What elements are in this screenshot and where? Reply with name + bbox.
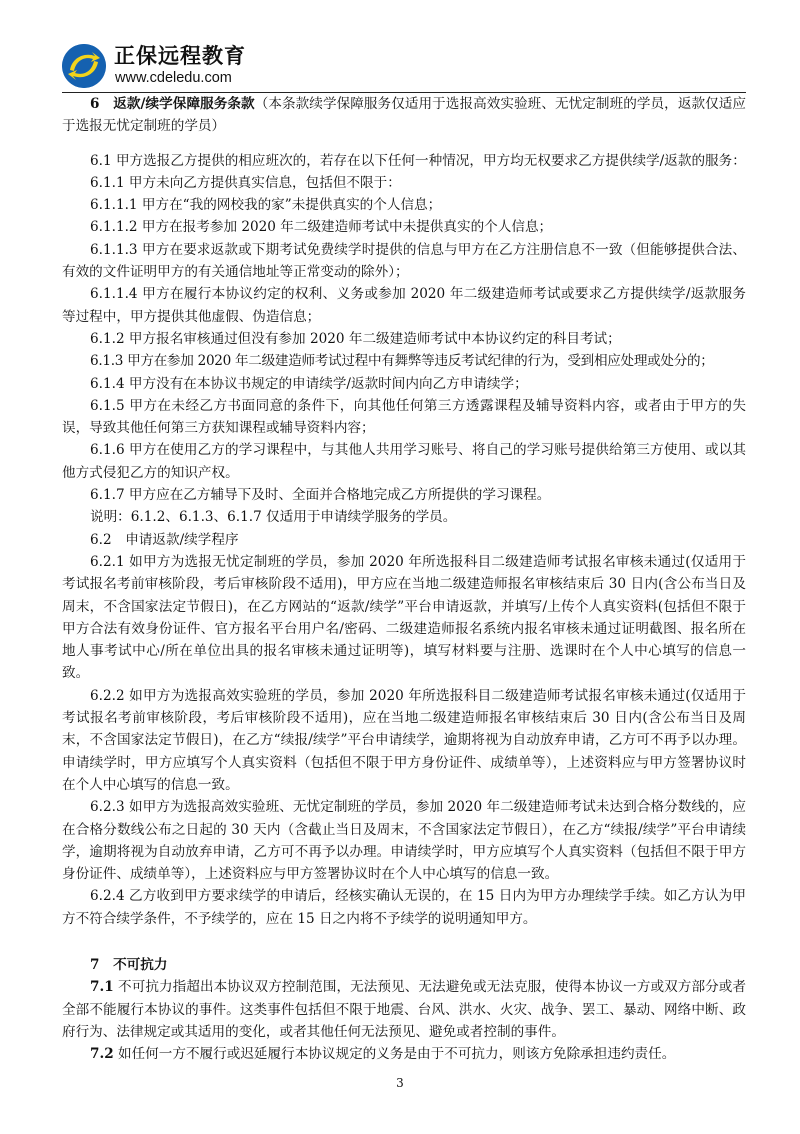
- swoosh-logo-icon: [62, 44, 106, 88]
- section-7-heading: 7 不可抗力: [62, 954, 746, 976]
- brand-url: www.cdeledu.com: [115, 69, 232, 87]
- clause-6-2-4: 6.2.4 乙方收到甲方要求续学的申请后，经核实确认无误的，在 15 日内为甲方…: [62, 885, 746, 930]
- clause-6-1-1-3: 6.1.1.3 甲方在要求返款或下期考试免费续学时提供的信息与甲方在乙方注册信息…: [62, 239, 746, 284]
- clause-6-1-6: 6.1.6 甲方在使用乙方的学习课程中，与其他人共用学习账号、将自己的学习账号提…: [62, 439, 746, 484]
- clause-6-1-4: 6.1.4 甲方没有在本协议书规定的申请续学/返款时间内向乙方申请续学；: [62, 373, 746, 395]
- clause-6-2-1: 6.2.1 如甲方为选报无忧定制班的学员，参加 2020 年所选报科目二级建造师…: [62, 551, 746, 685]
- page-header: 正保远程教育 www.cdeledu.com: [58, 40, 748, 92]
- clause-6-1-7: 6.1.7 甲方应在乙方辅导下及时、全面并合格地完成乙方所提供的学习课程。: [62, 484, 746, 506]
- brand-name: 正保远程教育: [114, 44, 246, 68]
- section-6-heading: 6 返款/续学保障服务条款（本条款续学保障服务仅适用于选报高效实验班、无忧定制班…: [62, 93, 746, 138]
- clause-6-1-1-1: 6.1.1.1 甲方在“我的网校我的家”未提供真实的个人信息；: [62, 194, 746, 216]
- clause-6-2-2: 6.2.2 如甲方为选报高效实验班的学员，参加 2020 年所选报科目二级建造师…: [62, 685, 746, 796]
- clause-6-1-1: 6.1.1 甲方未向乙方提供真实信息，包括但不限于：: [62, 172, 746, 194]
- explanation-note: 说明：6.1.2、6.1.3、6.1.7 仅适用于申请续学服务的学员。: [62, 506, 746, 528]
- clause-6-1-2: 6.1.2 甲方报名审核通过但没有参加 2020 年二级建造师考试中本协议约定的…: [62, 328, 746, 350]
- clause-6-1-1-4: 6.1.1.4 甲方在履行本协议约定的权利、义务或参加 2020 年二级建造师考…: [62, 283, 746, 328]
- clause-7-2: 7.2 如任何一方不履行或迟延履行本协议规定的义务是由于不可抗力，则该方免除承担…: [62, 1043, 746, 1065]
- clause-6-1-5: 6.1.5 甲方在未经乙方书面同意的条件下，向其他任何第三方透露课程及辅导资料内…: [62, 395, 746, 440]
- clause-6-1: 6.1 甲方选报乙方提供的相应班次的，若存在以下任何一种情况，甲方均无权要求乙方…: [62, 150, 746, 172]
- logo-icon: [62, 44, 106, 88]
- clause-6-2-3: 6.2.3 如甲方为选报高效实验班、无忧定制班的学员，参加 2020 年二级建造…: [62, 796, 746, 885]
- section-title: 返款/续学保障服务条款: [113, 96, 255, 112]
- section-title: 不可抗力: [113, 957, 167, 973]
- clause-6-2-heading: 6.2 申请返款/续学程序: [62, 529, 746, 551]
- clause-6-1-3: 6.1.3 甲方在参加 2020 年二级建造师考试过程中有舞弊等违反考试纪律的行…: [62, 350, 746, 372]
- clause-7-1: 7.1 不可抗力指超出本协议双方控制范围，无法预见、无法避免或无法克服，使得本协…: [62, 976, 746, 1043]
- clause-6-1-1-2: 6.1.1.2 甲方在报考参加 2020 年二级建造师考试中未提供真实的个人信息…: [62, 216, 746, 238]
- document-body: 6 返款/续学保障服务条款（本条款续学保障服务仅适用于选报高效实验班、无忧定制班…: [62, 93, 746, 1065]
- page-number: 3: [0, 1076, 800, 1090]
